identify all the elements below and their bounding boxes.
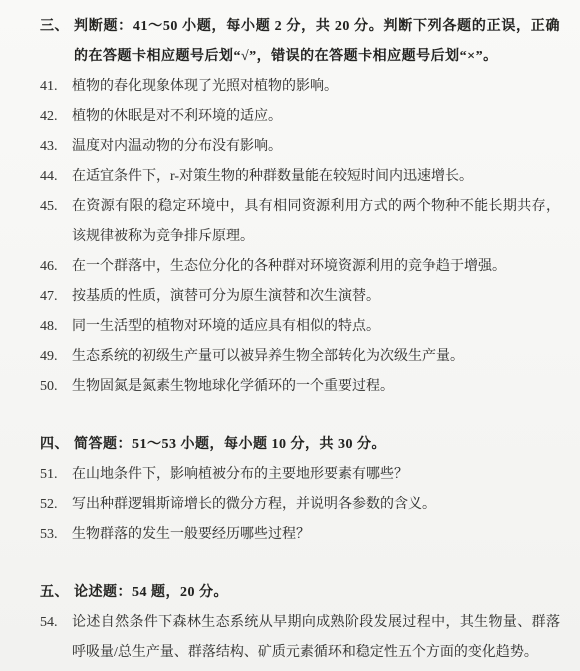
- question-text: 论述自然条件下森林生态系统从早期向成熟阶段发展过程中，其生物量、群落呼吸量/总生…: [72, 608, 560, 668]
- question-text: 生态系统的初级生产量可以被异养生物全部转化为次级生产量。: [72, 342, 560, 372]
- question-54: 54. 论述自然条件下森林生态系统从早期向成熟阶段发展过程中，其生物量、群落呼吸…: [40, 608, 560, 668]
- section-title: 判断题：41～50 小题，每小题 2 分，共 20 分。判断下列各题的正误，正确…: [74, 12, 560, 72]
- question-41: 41. 植物的春化现象体现了光照对植物的影响。: [40, 72, 560, 102]
- question-text: 在适宜条件下，r-对策生物的种群数量能在较短时间内迅速增长。: [72, 162, 560, 192]
- question-number: 52.: [40, 490, 72, 520]
- question-number: 47.: [40, 282, 72, 312]
- section-judgment-heading: 三、 判断题：41～50 小题，每小题 2 分，共 20 分。判断下列各题的正误…: [40, 12, 560, 72]
- question-text: 按基质的性质，演替可分为原生演替和次生演替。: [72, 282, 560, 312]
- section-title: 论述题：54 题，20 分。: [74, 578, 560, 608]
- section-short-answer-heading: 四、 简答题：51～53 小题，每小题 10 分，共 30 分。: [40, 430, 560, 460]
- question-42: 42. 植物的休眠是对不利环境的适应。: [40, 102, 560, 132]
- question-46: 46. 在一个群落中，生态位分化的各种群对环境资源利用的竞争趋于增强。: [40, 252, 560, 282]
- question-44: 44. 在适宜条件下，r-对策生物的种群数量能在较短时间内迅速增长。: [40, 162, 560, 192]
- question-47: 47. 按基质的性质，演替可分为原生演替和次生演替。: [40, 282, 560, 312]
- question-number: 48.: [40, 312, 72, 342]
- question-text: 写出种群逻辑斯谛增长的微分方程，并说明各参数的含义。: [72, 490, 560, 520]
- section-short-answer: 四、 简答题：51～53 小题，每小题 10 分，共 30 分。 51. 在山地…: [40, 430, 560, 550]
- question-number: 49.: [40, 342, 72, 372]
- question-number: 43.: [40, 132, 72, 162]
- section-essay: 五、 论述题：54 题，20 分。 54. 论述自然条件下森林生态系统从早期向成…: [40, 578, 560, 668]
- question-text: 温度对内温动物的分布没有影响。: [72, 132, 560, 162]
- section-essay-heading: 五、 论述题：54 题，20 分。: [40, 578, 560, 608]
- question-number: 50.: [40, 372, 72, 402]
- section-label: 三、: [40, 12, 74, 42]
- question-50: 50. 生物固氮是氮素生物地球化学循环的一个重要过程。: [40, 372, 560, 402]
- question-number: 45.: [40, 192, 72, 222]
- question-48: 48. 同一生活型的植物对环境的适应具有相似的特点。: [40, 312, 560, 342]
- question-45: 45. 在资源有限的稳定环境中，具有相同资源利用方式的两个物种不能长期共存，该规…: [40, 192, 560, 252]
- section-label: 四、: [40, 430, 74, 460]
- question-43: 43. 温度对内温动物的分布没有影响。: [40, 132, 560, 162]
- question-52: 52. 写出种群逻辑斯谛增长的微分方程，并说明各参数的含义。: [40, 490, 560, 520]
- question-text: 植物的春化现象体现了光照对植物的影响。: [72, 72, 560, 102]
- question-number: 53.: [40, 520, 72, 550]
- question-text: 生物固氮是氮素生物地球化学循环的一个重要过程。: [72, 372, 560, 402]
- section-title: 简答题：51～53 小题，每小题 10 分，共 30 分。: [74, 430, 560, 460]
- question-text: 生物群落的发生一般要经历哪些过程？: [72, 520, 560, 550]
- question-text: 在资源有限的稳定环境中，具有相同资源利用方式的两个物种不能长期共存，该规律被称为…: [72, 192, 560, 252]
- question-53: 53. 生物群落的发生一般要经历哪些过程？: [40, 520, 560, 550]
- section-judgment: 三、 判断题：41～50 小题，每小题 2 分，共 20 分。判断下列各题的正误…: [40, 12, 560, 402]
- question-text: 在山地条件下，影响植被分布的主要地形要素有哪些？: [72, 460, 560, 490]
- question-51: 51. 在山地条件下，影响植被分布的主要地形要素有哪些？: [40, 460, 560, 490]
- question-text: 植物的休眠是对不利环境的适应。: [72, 102, 560, 132]
- question-number: 42.: [40, 102, 72, 132]
- question-number: 44.: [40, 162, 72, 192]
- section-label: 五、: [40, 578, 74, 608]
- question-49: 49. 生态系统的初级生产量可以被异养生物全部转化为次级生产量。: [40, 342, 560, 372]
- question-number: 46.: [40, 252, 72, 282]
- question-number: 41.: [40, 72, 72, 102]
- question-number: 54.: [40, 608, 72, 638]
- question-number: 51.: [40, 460, 72, 490]
- question-text: 在一个群落中，生态位分化的各种群对环境资源利用的竞争趋于增强。: [72, 252, 560, 282]
- exam-page: 三、 判断题：41～50 小题，每小题 2 分，共 20 分。判断下列各题的正误…: [0, 0, 580, 671]
- question-text: 同一生活型的植物对环境的适应具有相似的特点。: [72, 312, 560, 342]
